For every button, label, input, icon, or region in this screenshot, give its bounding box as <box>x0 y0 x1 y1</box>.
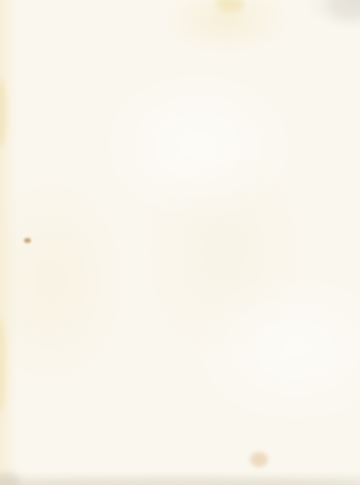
left-edge-tint-upper <box>0 78 6 148</box>
yellow-spot-top-center <box>216 0 244 12</box>
tan-smudge-bottom <box>250 452 268 467</box>
left-edge-tint-lower <box>0 318 6 413</box>
scanned-blank-page <box>0 0 360 485</box>
bottom-edge-shade <box>0 478 360 485</box>
corner-shadow-bottom-left <box>0 473 20 485</box>
gray-patch-top-right <box>328 0 360 20</box>
brown-speck-left-center <box>24 238 31 243</box>
